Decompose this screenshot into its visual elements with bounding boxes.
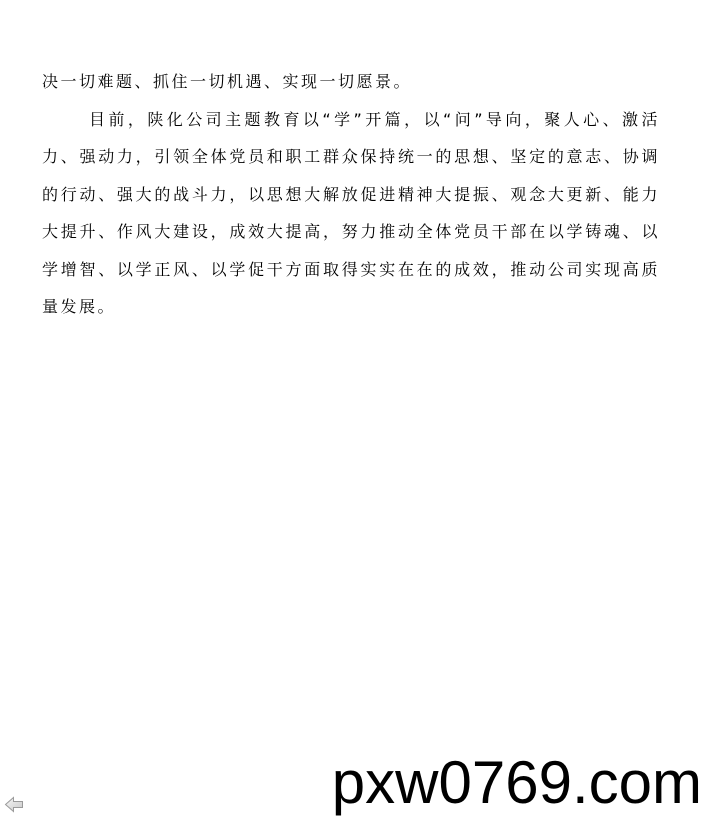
watermark-text: pxw0769.com <box>332 753 702 813</box>
document-body: 决一切难题、抓住一切机遇、实现一切愿景。 目前，陕化公司主题教育以“学”开篇，以… <box>42 63 660 326</box>
paragraph-main: 目前，陕化公司主题教育以“学”开篇，以“问”导向，聚人心、激活力、强动力，引领全… <box>42 101 660 326</box>
paragraph-continuation: 决一切难题、抓住一切机遇、实现一切愿景。 <box>42 63 660 101</box>
document-page: 决一切难题、抓住一切机遇、实现一切愿景。 目前，陕化公司主题教育以“学”开篇，以… <box>0 0 707 829</box>
back-arrow-icon[interactable] <box>4 795 24 814</box>
